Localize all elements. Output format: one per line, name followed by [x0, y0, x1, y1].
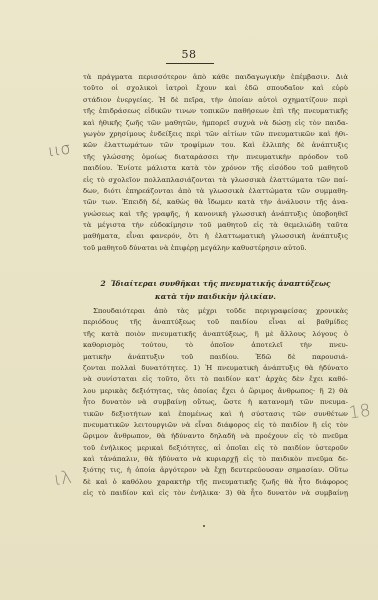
text-line: τοῦ μαθητοῦ δύναται νὰ ἐπιφέρῃ μεγάλην κ… [83, 243, 348, 254]
text-line: ξιότης τις, ἡ ὁποία ἀργότερον νὰ ἔχῃ δευ… [83, 465, 348, 476]
text-line: καὶ τἀνάπαλιν, θὰ ἠδύνατο νὰ κυριαρχῇ εἰ… [83, 454, 348, 465]
text-line: ζονται πολλαὶ δυνατότητες. 1) Ἡ πνευματι… [83, 363, 348, 374]
text-line: μαθήματα, εἶναι φανερόν, ὅτι ἡ ἐλαττωματ… [83, 231, 348, 242]
text-line: τῆς κατὰ ποιὸν πνευματικῆς ἀναπτύξεως, ἢ… [83, 329, 348, 340]
paragraph-2: Σπουδαιότεραι ἀπὸ τὰς μέχρι τοῦδε περιγρ… [83, 306, 348, 500]
text-line: καθορισμὸς τούτου, τὸ ὁποῖον ἀποτελεῖ τὴ… [83, 340, 348, 351]
page-number: 58 [0, 48, 378, 61]
section-heading-line-1: 2 Ἰδιαίτεραι συνθῆκαι τῆς πνευματικῆς ἀν… [83, 277, 348, 290]
text-line: εἰς τὸ σχολεῖον πολλαπλασιάζονται τὰ γλω… [83, 175, 348, 186]
text-line: γνώσεως καὶ τῆς γραφῆς, ἡ κανονικὴ γλωσσ… [83, 209, 348, 220]
text-line: περιόδους τῆς ἀναπτύξεως τοῦ παιδίου εἶν… [83, 317, 348, 328]
text-line: Σπουδαιότεραι ἀπὸ τὰς μέχρι τοῦδε περιγρ… [83, 306, 348, 317]
text-line: τὰ μέγιστα τὴν εὐδοκίμησιν τοῦ μαθητοῦ ε… [83, 220, 348, 231]
text-line: πνευματικῶν λειτουργιῶν νὰ εἶναι διάφορο… [83, 420, 348, 431]
paragraph-1: τὰ πράγματα περισσότερον ἀπὸ κάθε παιδαγ… [83, 72, 348, 254]
scanned-book-page: 58 τὰ πράγματα περισσότερον ἀπὸ κάθε παι… [0, 0, 378, 600]
text-line: ματικὴν ἀνάπτυξιν τοῦ παιδίου. Ἐδῶ δὲ πα… [83, 352, 348, 363]
text-line: γωγὸν χρησίμους ἐνδείξεις περὶ τῶν αἰτίω… [83, 129, 348, 140]
text-line: τῆς ἐπιδράσεως εἰδικῶν τινων τοπικῶν παθ… [83, 106, 348, 117]
section-heading: 2 Ἰδιαίτεραι συνθῆκαι τῆς πνευματικῆς ἀν… [83, 277, 348, 303]
handwritten-margin-note: 18 [348, 401, 372, 424]
handwritten-margin-note: ιισ [47, 139, 72, 161]
text-line: τῆς γλώσσης ὁμοίως διαταράσσει τὴν πνευμ… [83, 152, 348, 163]
text-line: τοῦτο οἱ σχολικοὶ ἰατροὶ ἔχουν καὶ ἐδῶ σ… [83, 83, 348, 94]
text-line: κῶν ἐλαττωμάτων τῶν τροφίμων του. Καὶ ἐλ… [83, 140, 348, 151]
text-line: εἰς τὸ παιδίον καὶ εἰς τὸν ἐνήλικα· 3) θ… [83, 488, 348, 499]
text-line: τῶν των. Ἐπειδὴ δέ, καθὼς θὰ ἴδωμεν κατὰ… [83, 197, 348, 208]
text-line: τοῦ ἐνήλικος μερικαὶ δεξιότητες, αἱ ὁποῖ… [83, 443, 348, 454]
text-line: στάδιον ἐνεργείας. Ἡ δὲ πεῖρα, τὴν ὁποία… [83, 95, 348, 106]
text-line: δὲ καὶ ὁ καθόλου χαρακτὴρ τῆς πνευματικῆ… [83, 477, 348, 488]
text-line: παιδίου. Ἐνίοτε μάλιστα κατὰ τὸν χρόνον … [83, 163, 348, 174]
ink-dot [203, 525, 205, 527]
text-line: νὰ συνίσταται εἰς τοῦτο, ὅτι τὸ παιδίον … [83, 374, 348, 385]
text-line: λου μερικὰς δεξιότητας, τὰς ὁποίας ἔχει … [83, 386, 348, 397]
text-line: τικῶν δεξιοτήτων καὶ ἑπομένως καὶ ἡ σύστ… [83, 409, 348, 420]
text-line: δων, διότι ἐπηρεάζονται ἀπὸ τὰ γλωσσικὰ … [83, 186, 348, 197]
text-line: τὰ πράγματα περισσότερον ἀπὸ κάθε παιδαγ… [83, 72, 348, 83]
text-line: ἦτο δυνατὸν νὰ συμβαίνῃ οὕτως, ὥστε ἡ κα… [83, 397, 348, 408]
handwritten-margin-note: ιλ [53, 467, 73, 490]
section-heading-line-2: κατὰ τὴν παιδικὴν ἡλικίαν. [83, 290, 348, 303]
page-number-rule [166, 63, 214, 64]
section-title: Ἰδιαίτεραι συνθῆκαι τῆς πνευματικῆς ἀναπ… [111, 279, 331, 288]
text-line: ὥριμον ἄνθρωπον, θὰ ἠδύναντο δηλαδὴ νὰ π… [83, 431, 348, 442]
section-number: 2 [101, 279, 106, 288]
text-line: καὶ ἠθικῆς ζωῆς τῶν μαθητῶν, ἠμπορεῖ συχ… [83, 118, 348, 129]
